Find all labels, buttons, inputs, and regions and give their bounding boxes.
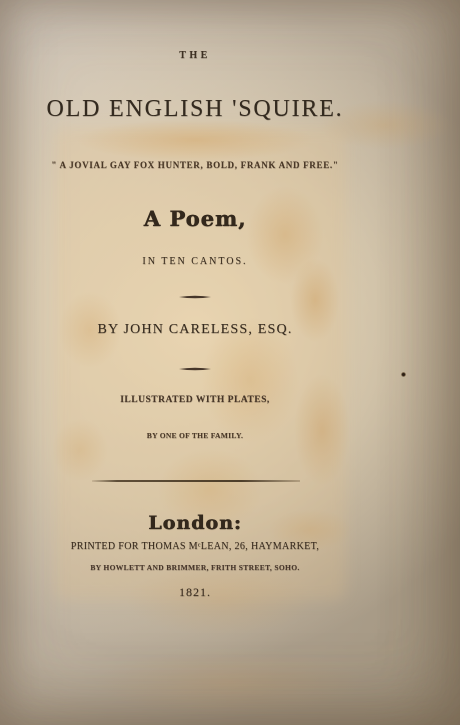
swelled-rule-bottom-ornament xyxy=(0,366,390,372)
author-line: BY JOHN CARELESS, ESQ. xyxy=(0,322,390,338)
illustrated-line: ILLUSTRATED WITH PLATES, xyxy=(0,395,390,405)
swelled-rule-icon xyxy=(179,366,211,372)
cantos-line: IN TEN CANTOS. xyxy=(0,256,390,267)
poem-subtitle: A Poem, xyxy=(0,206,390,231)
ink-speck xyxy=(401,372,406,377)
imprint-printer: BY HOWLETT AND BRIMMER, FRITH STREET, SO… xyxy=(0,563,390,572)
imprint-divider-rule xyxy=(92,480,300,482)
swelled-rule-icon xyxy=(179,294,211,300)
swelled-rule-top-ornament xyxy=(0,294,390,300)
imprint-city: London: xyxy=(0,512,390,534)
family-line: BY ONE OF THE FAMILY. xyxy=(0,431,390,440)
imprint-year: 1821. xyxy=(0,585,390,600)
title-page-scan: THE OLD ENGLISH 'SQUIRE. " A JOVIAL GAY … xyxy=(0,0,460,725)
half-title: THE xyxy=(0,50,390,61)
imprint-publisher: PRINTED FOR THOMAS MᶜLEAN, 26, HAYMARKET… xyxy=(0,541,390,552)
book-title: OLD ENGLISH 'SQUIRE. xyxy=(0,96,390,123)
letterpress-text-block: THE OLD ENGLISH 'SQUIRE. " A JOVIAL GAY … xyxy=(0,0,390,725)
epigraph-quote: " A JOVIAL GAY FOX HUNTER, BOLD, FRANK A… xyxy=(0,160,390,170)
